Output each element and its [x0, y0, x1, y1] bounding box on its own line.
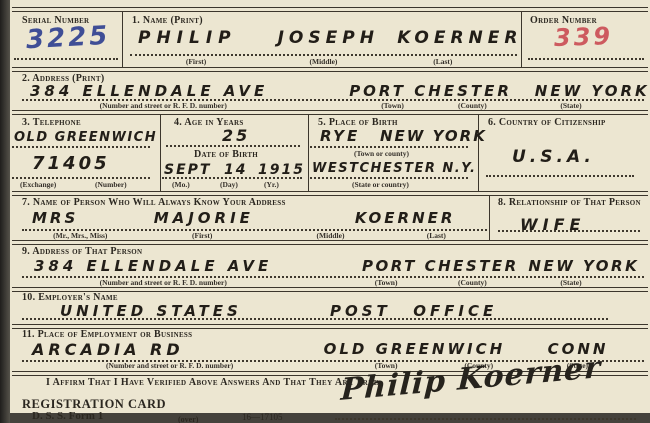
name-sub-middle: (Middle) [310, 57, 338, 66]
contact-address-sub-street: (Number and street or R. F. D. number) [100, 278, 227, 287]
name-write-line [130, 54, 517, 56]
dob-year-value: 1915 [258, 163, 305, 177]
employment-street-value: ARCADIA RD [32, 342, 184, 358]
citizenship-box: 6. Country of Citizenship U.S.A. [478, 115, 650, 191]
telephone-line-2 [12, 177, 150, 179]
row-employer: 10. Employer's Name UNITED STATES POST O… [10, 292, 650, 324]
contact-label: 7. Name of Person Who Will Always Know Y… [22, 198, 286, 209]
registration-card: Serial Number 3225 1. Name (Print) PHILI… [10, 0, 650, 413]
contact-address-street-value: 384 ELLENDALE AVE [34, 259, 272, 274]
birth-town-value: RYE [320, 129, 360, 144]
form-number: D. S. S. Form 1 [32, 410, 103, 422]
relationship-write-line [498, 230, 640, 232]
contact-first-value: MAJORIE [154, 211, 254, 226]
name-label: 1. Name (Print) [132, 16, 203, 27]
relationship-label: 8. Relationship of That Person [498, 198, 642, 209]
row-telephone-age-birth: 3. Telephone OLD GREENWICH 71405 (Exchan… [10, 115, 650, 191]
contact-sub-last: (Last) [427, 231, 446, 240]
age-write-line [166, 145, 300, 147]
row-contact-address: 9. Address of That Person 384 ELLENDALE … [10, 245, 650, 287]
footer: REGISTRATION CARD D. S. S. Form 1 (over)… [10, 389, 650, 423]
contact-address-state-value: NEW YORK [528, 259, 639, 274]
print-code: 16—17105 [242, 412, 283, 422]
birth-sub-1: (Town or county) [354, 149, 409, 158]
scan-edge-shadow [0, 0, 10, 423]
affirmation-text: I Affirm That I Have Verified Above Answ… [46, 377, 379, 388]
age-box: 4. Age in Years 25 Date of Birth SEPT 14… [160, 115, 309, 191]
place-of-birth-box: 5. Place of Birth RYE NEW YORK (Town or … [308, 115, 479, 191]
dob-sub-year: (Yr.) [264, 180, 279, 189]
row-contact-relationship: 7. Name of Person Who Will Always Know Y… [10, 196, 650, 240]
birth-line-2 [310, 177, 468, 179]
contact-sub-first: (First) [192, 231, 212, 240]
telephone-label: 3. Telephone [22, 118, 81, 129]
row-address: 2. Address (Print) 384 ELLENDALE AVE POR… [10, 72, 650, 110]
dob-month-value: SEPT [164, 163, 211, 177]
dob-sub-month: (Mo.) [172, 180, 190, 189]
telephone-number-value: 71405 [32, 155, 110, 173]
signature-line [335, 418, 636, 420]
address-sub-county: (County) [458, 101, 487, 110]
serial-number-value: 3225 [25, 23, 111, 53]
order-number-box: Order Number 339 [522, 12, 650, 67]
address-sub-state: (State) [560, 101, 581, 110]
name-sub-first: (First) [186, 57, 206, 66]
employment-sub-street: (Number and street or R. F. D. number) [106, 361, 233, 370]
citizenship-label: 6. Country of Citizenship [488, 118, 608, 129]
contact-address-town-value: PORT CHESTER [362, 259, 519, 274]
contact-sub-middle: (Middle) [317, 231, 345, 240]
contact-address-sub-state: (State) [560, 278, 581, 287]
address-sub-town: (Town) [381, 101, 404, 110]
birth-state-value: WESTCHESTER N.Y. [312, 162, 476, 175]
row-serial-name-order: Serial Number 3225 1. Name (Print) PHILI… [10, 12, 650, 67]
dob-sub-day: (Day) [220, 180, 238, 189]
name-box: 1. Name (Print) PHILIP JOSEPH KOERNER (F… [122, 12, 522, 67]
telephone-box: 3. Telephone OLD GREENWICH 71405 (Exchan… [10, 115, 161, 191]
relationship-box: 8. Relationship of That Person WIFE [490, 196, 650, 240]
serial-write-line [14, 58, 118, 60]
name-first-value: PHILIP [138, 30, 237, 47]
address-sub-street: (Number and street or R. F. D. number) [100, 101, 227, 110]
telephone-exchange-value: OLD GREENWICH [14, 131, 157, 144]
telephone-sub-exchange: (Exchange) [20, 180, 56, 189]
birth-sub-2: (State or country) [352, 180, 409, 189]
employer-value-3: OFFICE [413, 304, 497, 319]
serial-number-box: Serial Number 3225 [10, 12, 123, 67]
telephone-sub-number: (Number) [95, 180, 127, 189]
employer-value-2: POST [330, 304, 391, 319]
address-town-value: PORT CHESTER [349, 84, 512, 99]
birth-town-state-value: NEW YORK [380, 129, 487, 144]
contact-sub-title: (Mr., Mrs., Miss) [53, 231, 107, 240]
contact-address-label: 9. Address of That Person [22, 247, 142, 258]
over-note: (over) [178, 415, 198, 423]
name-last-value: KOERNER [397, 30, 522, 47]
name-middle-value: JOSEPH [278, 30, 379, 47]
address-street-value: 384 ELLENDALE AVE [30, 84, 268, 99]
name-sub-last: (Last) [433, 57, 452, 66]
contact-address-sub-town: (Town) [375, 278, 398, 287]
employment-town-value: OLD GREENWICH [324, 342, 506, 357]
contact-address-sub-county: (County) [458, 278, 487, 287]
dob-day-value: 14 [224, 163, 247, 177]
citizenship-value: U.S.A. [512, 149, 595, 166]
birth-line-1 [310, 146, 468, 148]
telephone-line-1 [12, 146, 150, 148]
order-number-value: 339 [554, 24, 614, 50]
employer-value-1: UNITED STATES [60, 304, 242, 319]
age-value: 25 [222, 128, 250, 144]
contact-last-value: KOERNER [355, 211, 456, 226]
order-write-line [528, 58, 644, 60]
employment-label: 11. Place of Employment or Business [22, 330, 192, 341]
contact-name-box: 7. Name of Person Who Will Always Know Y… [10, 196, 490, 240]
address-state-value: NEW YORK [535, 84, 650, 99]
dob-write-line [162, 177, 302, 179]
employer-write-line [22, 318, 608, 320]
citizenship-write-line [486, 175, 634, 177]
date-of-birth-label: Date of Birth [194, 150, 258, 161]
contact-title-value: MRS [32, 211, 78, 226]
